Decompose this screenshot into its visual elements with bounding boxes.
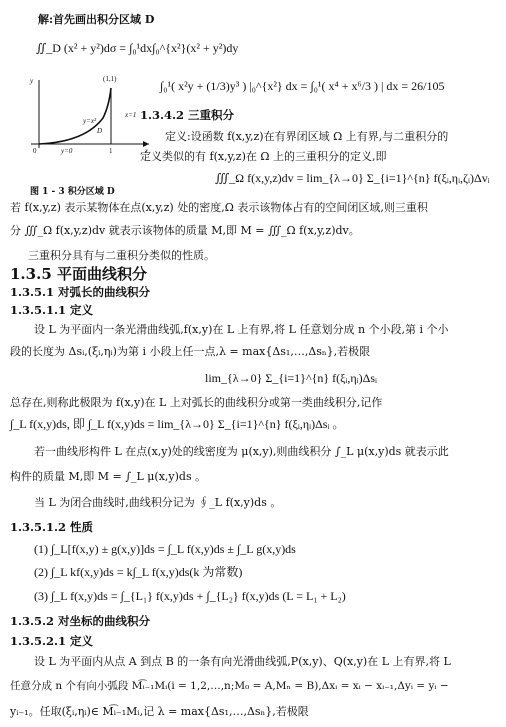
triple-integral-def-1: 定义:设函数 f(x,y,z)在有界闭区域 Ω 上有界,与二重积分的 bbox=[165, 131, 448, 142]
double-integral-result: ∫₀¹( x²y + (1/3)y³ ) |₀^{x²} dx = ∫₀¹( x… bbox=[160, 80, 444, 92]
section-title-135: 1.3.5 平面曲线积分 bbox=[10, 267, 147, 282]
property-1: (1) ∫_L[f(x,y) ± g(x,y)]ds = ∫_L f(x,y)d… bbox=[34, 543, 296, 555]
section-title-13512: 1.3.5.1.2 性质 bbox=[10, 522, 93, 534]
coordinate-def-3: yᵢ₋₁。任取(ξᵢ,ηᵢ)∈ M͡ᵢ₋₁Mᵢ,记 λ = max{Δs₁,…,… bbox=[10, 706, 309, 717]
property-2: (2) ∫_L kf(x,y)ds = k∫_L f(x,y)ds(k 为常数) bbox=[34, 566, 242, 578]
tick-one-label: 1 bbox=[109, 148, 113, 155]
closed-curve-paragraph: 当 L 为闭合曲线时,曲线积分记为 ∮_L f(x,y)ds 。 bbox=[34, 497, 281, 508]
coordinate-def-1: 设 L 为平面内从点 A 到点 B 的一条有向光滑曲线弧,P(x,y)、Q(x,… bbox=[34, 656, 451, 667]
mass-paragraph-2: 构件的质量 M,即 M = ∫_L μ(x,y)ds 。 bbox=[10, 471, 206, 482]
section-title-13521: 1.3.5.2.1 定义 bbox=[10, 636, 93, 648]
section-title-1352: 1.3.5.2 对坐标的曲线积分 bbox=[10, 616, 150, 628]
density-paragraph-1: 若 f(x,y,z) 表示某物体在点(x,y,z) 处的密度,Ω 表示该物体占有… bbox=[10, 202, 428, 213]
triple-integral-def-2: 定义类似的有 f(x,y,z)在 Ω 上的三重积分的定义,即 bbox=[140, 151, 387, 162]
figure-caption: 图 1 - 3 积分区域 D bbox=[30, 188, 115, 197]
coordinate-def-2: 任意分成 n 个有向小弧段 M͡ᵢ₋₁Mᵢ(i = 1,2,…,n;M₀ = A… bbox=[10, 681, 449, 692]
solution-intro: 解:首先画出积分区域 D bbox=[38, 14, 154, 25]
property-3: (3) ∫_L f(x,y)ds = ∫_{L₁} f(x,y)ds + ∫_{… bbox=[34, 590, 346, 602]
triple-integral-formula: ∭_Ω f(x,y,z)dv = lim_{λ→0} Σ_{i=1}^{n} f… bbox=[215, 172, 490, 184]
section-title-13511: 1.3.5.1.1 定义 bbox=[10, 305, 93, 317]
arc-length-def-3: 总存在,则称此极限为 f(x,y)在 L 上对弧长的曲线积分或第一类曲线积分,记… bbox=[10, 397, 382, 408]
region-label: D bbox=[97, 128, 102, 135]
section-title-1351: 1.3.5.1 对弧长的曲线积分 bbox=[10, 287, 150, 299]
axis-y-label: y bbox=[30, 78, 33, 85]
mass-paragraph-1: 若一曲线形构件 L 在点(x,y)处的线密度为 μ(x,y),则曲线积分 ∫_L… bbox=[34, 446, 449, 457]
arc-length-def-2: 段的长度为 Δsᵢ,(ξᵢ,ηᵢ)为第 i 小段上任一点,λ = max{Δs₁… bbox=[10, 346, 370, 357]
curve-label: y=x² bbox=[83, 118, 96, 125]
arc-length-notation: ∫_L f(x,y)ds, 即 ∫_L f(x,y)ds = lim_{λ→0}… bbox=[10, 418, 344, 430]
line-label: x=1 bbox=[125, 112, 136, 119]
section-title-1342: 1.3.4.2 三重积分 bbox=[140, 110, 234, 122]
figure-integration-region: y (1,1) y=x² x=1 D 0 y=0 1 x bbox=[25, 78, 155, 173]
bottom-label: y=0 bbox=[61, 148, 72, 155]
density-paragraph-2: 分 ∭_Ω f(x,y,z)dv 就表示该物体的质量 M,即 M = ∭_Ω f… bbox=[10, 225, 360, 236]
arc-length-def-1: 设 L 为平面内一条光滑曲线弧,f(x,y)在 L 上有界,将 L 任意划分成 … bbox=[34, 324, 449, 335]
point-label: (1,1) bbox=[103, 76, 116, 83]
arc-length-limit: lim_{λ→0} Σ_{i=1}^{n} f(ξᵢ,ηᵢ)Δsᵢ bbox=[205, 372, 377, 384]
origin-label: 0 bbox=[33, 148, 37, 155]
double-integral-equation: ∬_D (x² + y²)dσ = ∫₀¹dx∫₀^{x²}(x² + y²)d… bbox=[36, 42, 238, 54]
triple-integral-properties: 三重积分具有与二重积分类似的性质。 bbox=[28, 250, 215, 261]
